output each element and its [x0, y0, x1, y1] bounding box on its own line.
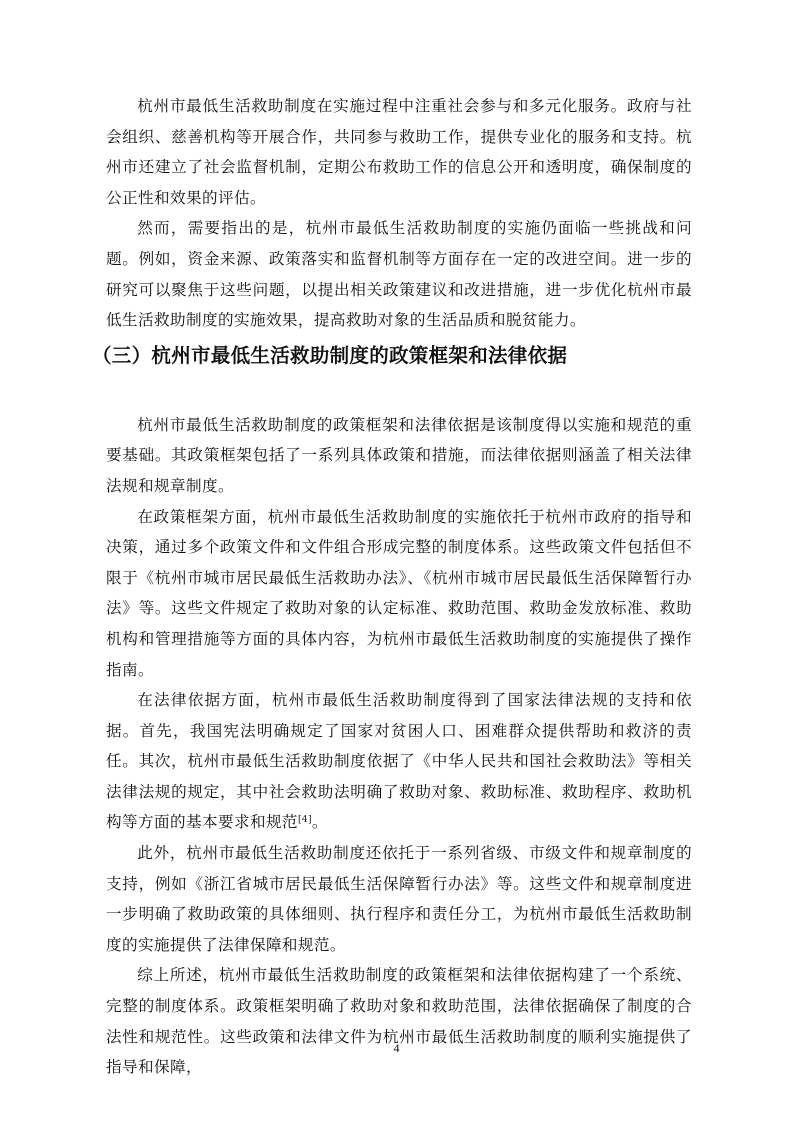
spacer: [106, 372, 692, 410]
paragraph-summary: 综上所述，杭州市最低生活救助制度的政策框架和法律依据构建了一个系统、完整的制度体…: [106, 960, 692, 1082]
citation-reference[interactable]: [4]: [298, 815, 312, 825]
legal-basis-tail: 。: [312, 813, 328, 831]
page-number: 4: [0, 1041, 793, 1056]
paragraph-social-participation: 杭州市最低生活救助制度在实施过程中注重社会参与和多元化服务。政府与社会组织、慈善…: [106, 91, 692, 213]
paragraph-framework-intro: 杭州市最低生活救助制度的政策框架和法律依据是该制度得以实施和规范的重要基础。其政…: [106, 410, 692, 502]
paragraph-provincial-documents: 此外，杭州市最低生活救助制度还依托于一系列省级、市级文件和规章制度的支持，例如《…: [106, 838, 692, 960]
paragraph-policy-framework: 在政策框架方面，杭州市最低生活救助制度的实施依托于杭州市政府的指导和决策，通过多…: [106, 502, 692, 686]
paragraph-legal-basis: 在法律依据方面，杭州市最低生活救助制度得到了国家法律法规的支持和依据。首先，我国…: [106, 685, 692, 838]
section-heading: （三）杭州市最低生活救助制度的政策框架和法律依据: [92, 340, 692, 372]
paragraph-challenges: 然而，需要指出的是，杭州市最低生活救助制度的实施仍面临一些挑战和问题。例如，资金…: [106, 213, 692, 335]
document-page: 杭州市最低生活救助制度在实施过程中注重社会参与和多元化服务。政府与社会组织、慈善…: [106, 91, 692, 1083]
legal-basis-text: 在法律依据方面，杭州市最低生活救助制度得到了国家法律法规的支持和依据。首先，我国…: [106, 691, 692, 831]
